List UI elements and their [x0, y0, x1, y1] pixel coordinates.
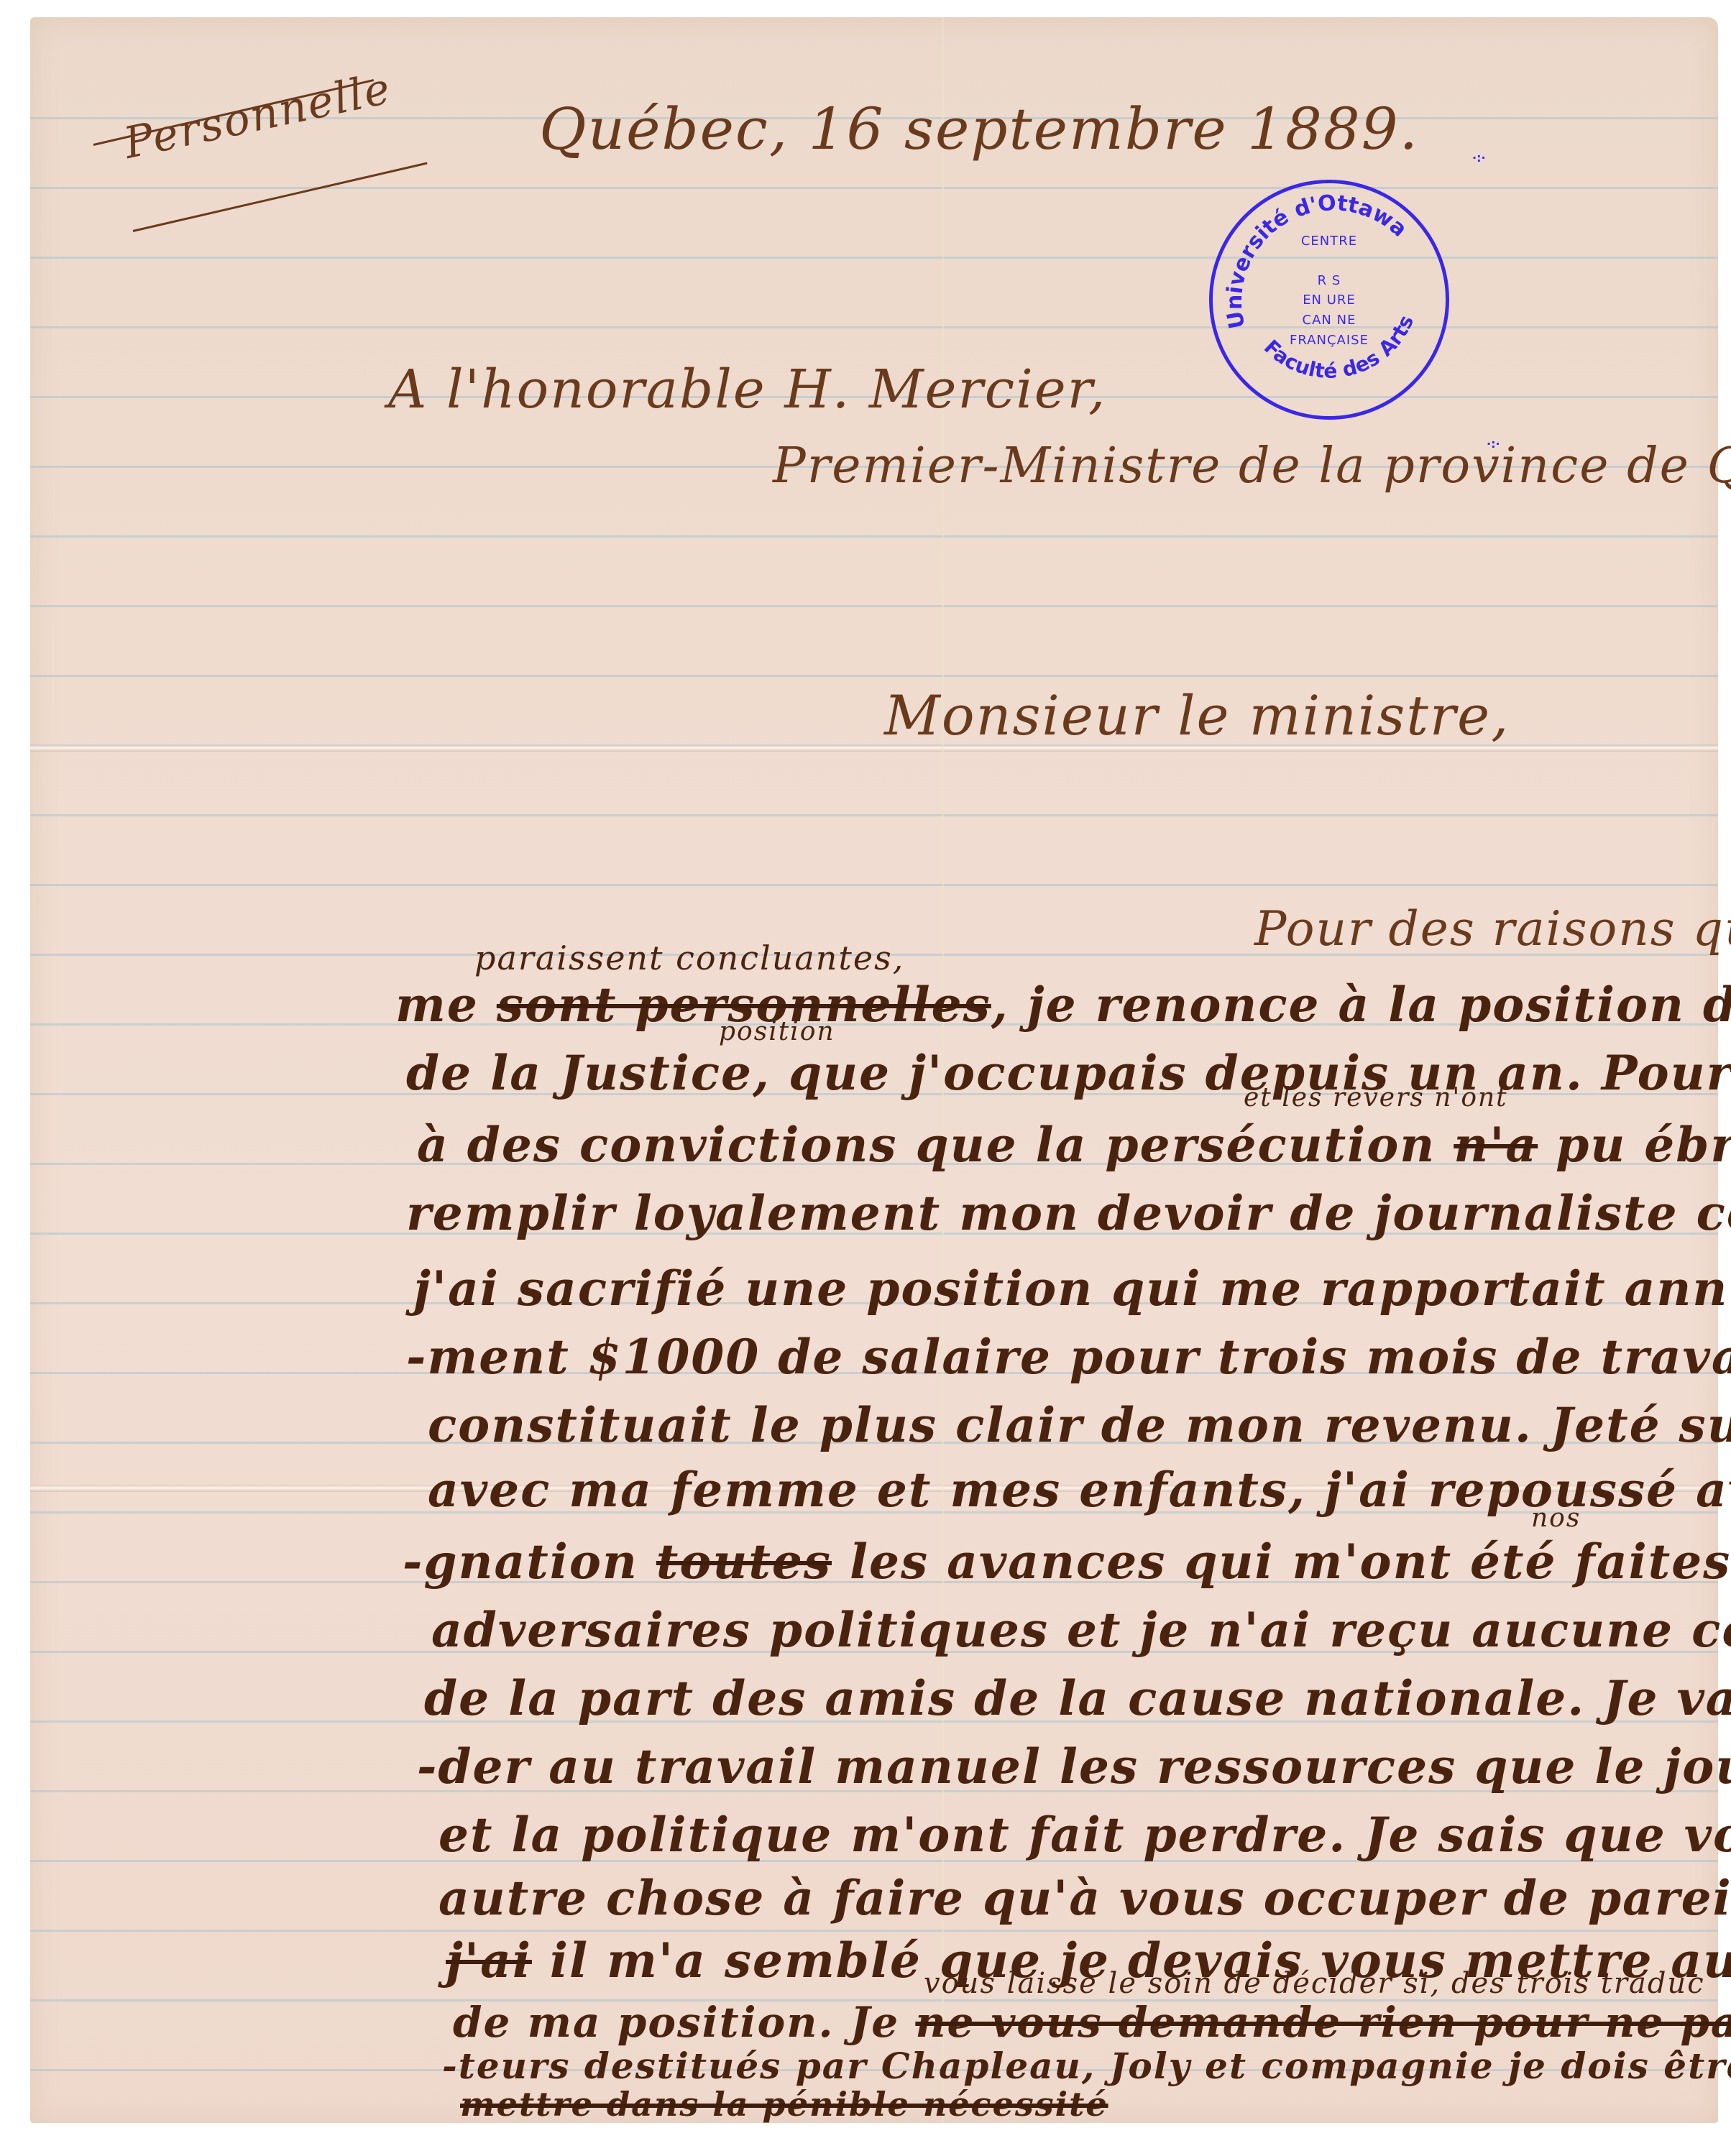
stamp-mark: ·:·: [1472, 151, 1486, 165]
text-run: remplir loyalement mon devoir de journal…: [406, 1185, 1731, 1241]
stamp-center-line: CENTRE: [1213, 234, 1446, 249]
stamp-top-text: Université d'Ottawa: [1222, 190, 1412, 331]
insertion-above-line: nos: [1531, 1506, 1581, 1531]
ruled-line: [30, 535, 1718, 538]
text-run: -gnation: [403, 1534, 656, 1590]
addressee-line-1: A l'honorable H. Mercier,: [388, 363, 1106, 416]
struck-text: n'a: [1454, 1117, 1538, 1173]
insertion-above-line: et les revers n'ont: [1244, 1085, 1508, 1111]
body-line: -der au travail manuel les ressources qu…: [417, 1743, 1731, 1790]
ruled-line: [30, 1930, 1718, 1932]
body-line: me sont personnelles, je renonce à la po…: [395, 981, 1731, 1028]
insertion-above-line: paraissent concluantes,: [474, 941, 904, 975]
text-run: de ma position. Je: [453, 1998, 915, 2047]
ruled-line: [30, 257, 1718, 259]
insertion-above-line: position: [719, 1019, 835, 1045]
body-line: j'ai sacrifié une position qui me rappor…: [413, 1265, 1731, 1312]
ruled-line: [30, 326, 1718, 328]
body-line: autre chose à faire qu'à vous occuper de…: [439, 1874, 1731, 1922]
ruled-line: [30, 814, 1718, 816]
body-line: remplir loyalement mon devoir de journal…: [406, 1189, 1731, 1237]
ruled-line: [30, 884, 1718, 886]
salutation: Monsieur le ministre,: [884, 688, 1510, 743]
body-line: à des convictions que la persécution n'a…: [417, 1121, 1731, 1169]
body-line: adversaires politiques et je n'ai reçu a…: [431, 1606, 1731, 1654]
text-run: les avances qui m'ont été faites par: [832, 1534, 1731, 1590]
addressee-line-2: Premier-Ministre de la province de Québe…: [773, 442, 1731, 491]
svg-text:Université d'Ottawa: Université d'Ottawa: [1222, 190, 1412, 331]
body-line: constituait le plus clair de mon revenu.…: [428, 1401, 1731, 1449]
text-run: -der au travail manuel les ressources qu…: [417, 1738, 1731, 1795]
text-run: adversaires politiques et je n'ai reçu a…: [431, 1602, 1731, 1658]
dateline: Québec, 16 septembre 1889.: [539, 101, 1419, 158]
text-run: de la part des amis de la cause national…: [424, 1670, 1731, 1726]
body-line: -teurs destitués par Chapleau, Joly et c…: [442, 2048, 1731, 2084]
body-line: de ma position. Je ne vous demande rien …: [453, 2001, 1731, 2043]
text-run: à des convictions que la persécution: [417, 1117, 1454, 1173]
text-run: constituait le plus clair de mon revenu.…: [428, 1397, 1731, 1453]
insertion-above-line: vous laisse le soin de décider si, des t…: [924, 1969, 1705, 1998]
body-opening: Pour des raisons qui: [1254, 906, 1731, 953]
text-run: pu ébranler, pour: [1538, 1117, 1731, 1173]
body-line: -ment $1000 de salaire pour trois mois d…: [406, 1333, 1731, 1381]
body-line: et la politique m'ont fait perdre. Je sa…: [439, 1811, 1731, 1858]
stamp-center-line: EN URE: [1213, 292, 1446, 308]
body-line: mettre dans la pénible nécessité: [460, 2088, 1108, 2121]
text-run: , je renonce à la position de rédacteur: [991, 977, 1731, 1033]
body-line: de la Justice, que j'occupais depuis un …: [406, 1049, 1731, 1097]
struck-text: toutes: [656, 1534, 832, 1590]
text-run: -ment $1000 de salaire pour trois mois d…: [406, 1329, 1731, 1385]
struck-text: ne vous demande rien pour ne pas vous: [915, 1998, 1731, 2047]
stamp-center-line: R S: [1213, 273, 1446, 288]
university-stamp: Université d'Ottawa Faculté des Arts CEN…: [1209, 180, 1449, 420]
struck-text: j'ai: [446, 1932, 532, 1989]
stamp-center-line: FRANÇAISE: [1213, 333, 1446, 348]
text-run: de la Justice, que j'occupais depuis un …: [406, 1045, 1731, 1101]
ruled-line: [30, 605, 1718, 607]
text-run: et la politique m'ont fait perdre. Je sa…: [439, 1807, 1731, 1863]
text-run: -teurs destitués par Chapleau, Joly et c…: [442, 2045, 1731, 2087]
ruled-line: [30, 187, 1718, 189]
ruled-line: [30, 675, 1718, 677]
body-line: de la part des amis de la cause national…: [424, 1674, 1731, 1722]
text-run: j'ai sacrifié une position qui me rappor…: [413, 1261, 1731, 1317]
text-run: me: [395, 977, 497, 1033]
text-run: autre chose à faire qu'à vous occuper de…: [439, 1870, 1731, 1926]
struck-text: mettre dans la pénible nécessité: [460, 2085, 1108, 2124]
stamp-center-line: CAN NE: [1213, 313, 1446, 328]
body-line: -gnation toutes les avances qui m'ont ét…: [403, 1538, 1731, 1585]
